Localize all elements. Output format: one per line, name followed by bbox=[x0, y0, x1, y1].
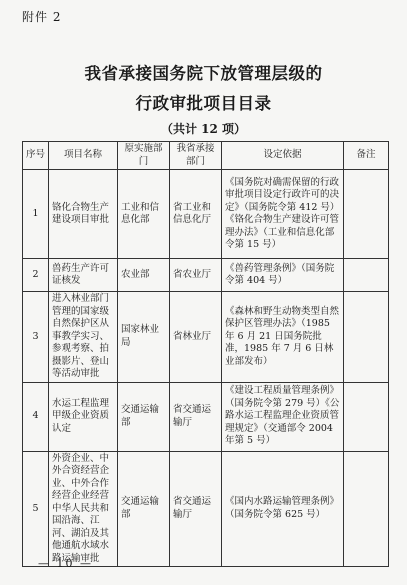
original-dept: 国家林业局 bbox=[118, 292, 170, 383]
item-name: 水运工程监理甲级企业资质认定 bbox=[49, 382, 118, 451]
legal-basis: 《国内水路运输管理条例》（国务院令第 625 号） bbox=[222, 451, 344, 567]
table-row: 3 进入林业部门管理的国家级自然保护区从事教学实习、参观考察、拍摄影片、登山等活… bbox=[23, 292, 389, 383]
item-count-subtitle: （共计 12 项） bbox=[0, 120, 407, 137]
row-number: 1 bbox=[23, 170, 49, 259]
remark bbox=[344, 292, 389, 383]
item-name: 进入林业部门管理的国家级自然保护区从事教学实习、参观考察、拍摄影片、登山等活动审… bbox=[49, 292, 118, 383]
province-dept: 省交通运输厅 bbox=[170, 382, 222, 451]
table-row: 5 外资企业、中外合资经营企业、中外合作经营企业经营中华人民共和国沿海、江河、湖… bbox=[23, 451, 389, 567]
remark bbox=[344, 170, 389, 259]
original-dept: 工业和信息化部 bbox=[118, 170, 170, 259]
column-header-name: 项目名称 bbox=[49, 142, 118, 170]
province-dept: 省交通运输厅 bbox=[170, 451, 222, 567]
original-dept: 农业部 bbox=[118, 259, 170, 292]
item-name: 外资企业、中外合资经营企业、中外合作经营企业经营中华人民共和国沿海、江河、湖泊及… bbox=[49, 451, 118, 567]
document-title-line-1: 我省承接国务院下放管理层级的 bbox=[0, 60, 407, 84]
column-header-basis: 设定依据 bbox=[222, 142, 344, 170]
legal-basis: 《兽药管理条例》（国务院令第 404 号） bbox=[222, 259, 344, 292]
table-row: 2 兽药生产许可证核发 农业部 省农业厅 《兽药管理条例》（国务院令第 404 … bbox=[23, 259, 389, 292]
row-number: 2 bbox=[23, 259, 49, 292]
province-dept: 省林业厅 bbox=[170, 292, 222, 383]
row-number: 5 bbox=[23, 451, 49, 567]
approval-items-table: 序号 项目名称 原实施部门 我省承接部门 设定依据 备注 1 铬化合物生产建设项… bbox=[22, 141, 389, 567]
province-dept: 省工业和信息化厅 bbox=[170, 170, 222, 259]
table-header-row: 序号 项目名称 原实施部门 我省承接部门 设定依据 备注 bbox=[23, 142, 389, 170]
column-header-no: 序号 bbox=[23, 142, 49, 170]
remark bbox=[344, 382, 389, 451]
attachment-label: 附件 2 bbox=[22, 8, 61, 25]
document-title-line-2: 行政审批项目目录 bbox=[0, 90, 407, 114]
table-row: 4 水运工程监理甲级企业资质认定 交通运输部 省交通运输厅 《建设工程质量管理条… bbox=[23, 382, 389, 451]
legal-basis: 《建设工程质量管理条例》（国务院令第 279 号）《公路水运工程监理企业资质管理… bbox=[222, 382, 344, 451]
page-number: — 10 — bbox=[38, 557, 93, 570]
original-dept: 交通运输部 bbox=[118, 382, 170, 451]
table-row: 1 铬化合物生产建设项目审批 工业和信息化部 省工业和信息化厅 《国务院对确需保… bbox=[23, 170, 389, 259]
column-header-remark: 备注 bbox=[344, 142, 389, 170]
item-name: 兽药生产许可证核发 bbox=[49, 259, 118, 292]
item-name: 铬化合物生产建设项目审批 bbox=[49, 170, 118, 259]
remark bbox=[344, 259, 389, 292]
original-dept: 交通运输部 bbox=[118, 451, 170, 567]
legal-basis: 《森林和野生动物类型自然保护区管理办法》（1985 年 6 月 21 日国务院批… bbox=[222, 292, 344, 383]
row-number: 4 bbox=[23, 382, 49, 451]
row-number: 3 bbox=[23, 292, 49, 383]
remark bbox=[344, 451, 389, 567]
province-dept: 省农业厅 bbox=[170, 259, 222, 292]
column-header-original-dept: 原实施部门 bbox=[118, 142, 170, 170]
column-header-province-dept: 我省承接部门 bbox=[170, 142, 222, 170]
legal-basis: 《国务院对确需保留的行政审批项目设定行政许可的决定》（国务院令第 412 号）《… bbox=[222, 170, 344, 259]
